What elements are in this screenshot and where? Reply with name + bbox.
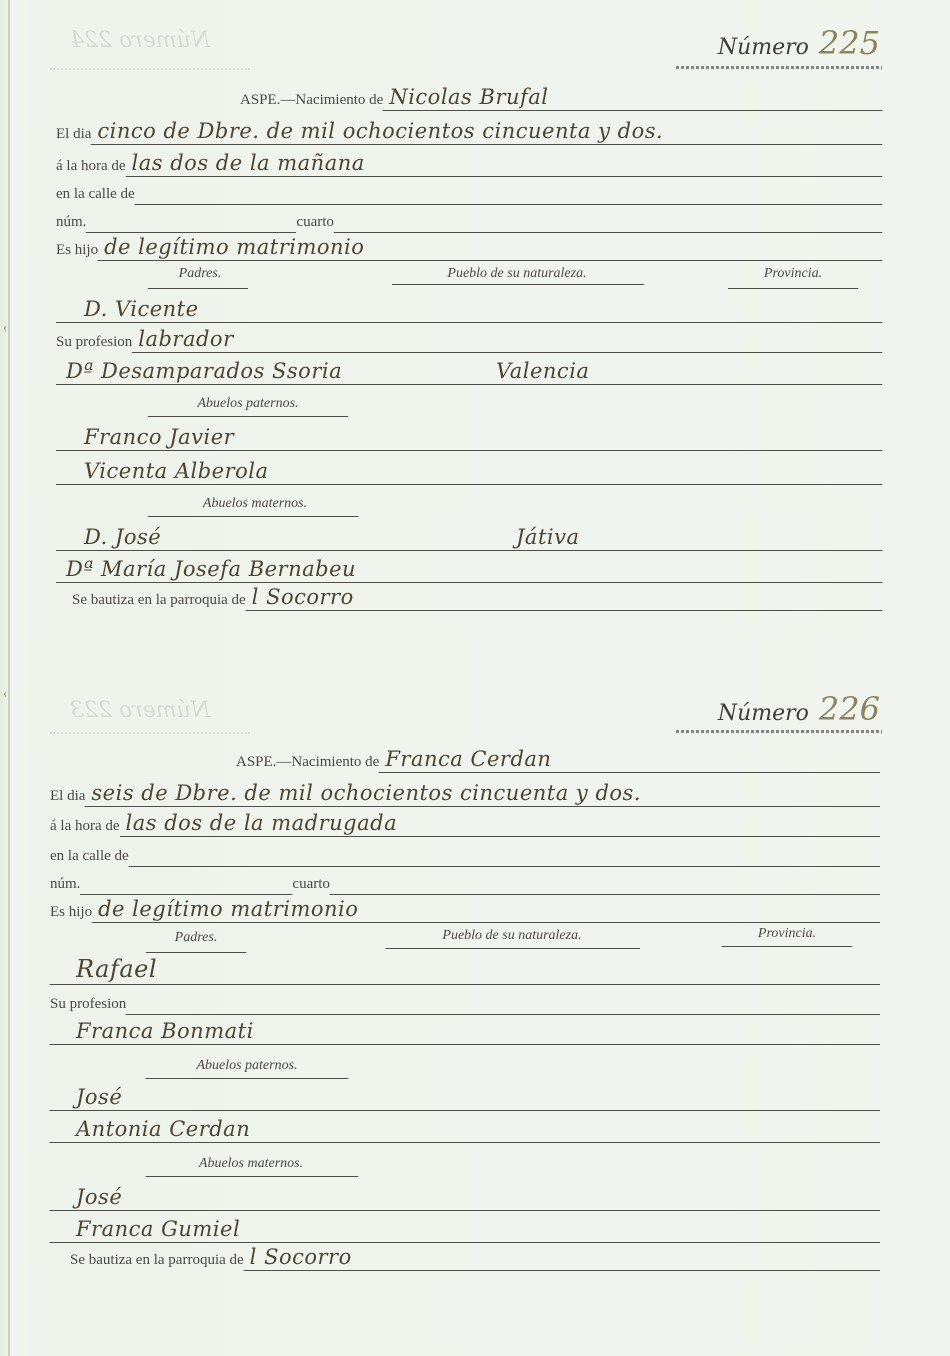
- abuelo-materno-field: D. José Játiva: [56, 524, 882, 551]
- ghost-number-value: 224: [70, 28, 112, 53]
- calle-label: en la calle de: [56, 186, 135, 205]
- hora-field: las dos de la madrugada: [120, 810, 880, 837]
- cuarto-label: cuarto: [296, 214, 333, 233]
- madre-line: Dª Desamparados Ssoria Valencia: [56, 358, 882, 385]
- num-field: [80, 868, 292, 895]
- col-padres-label: Padres.: [146, 930, 246, 946]
- col-provincia-label: Provincia.: [722, 926, 852, 942]
- abuelos-maternos-label: Abuelos maternos.: [146, 1156, 356, 1172]
- hijo-line: Es hijo de legítimo matrimonio: [50, 896, 880, 923]
- page-binding: [8, 0, 10, 1356]
- birth-date: seis de Dbre. de mil ochocientos cincuen…: [91, 781, 641, 805]
- paternal-grandmother: Antonia Cerdan: [76, 1117, 250, 1141]
- dia-label: El dia: [50, 788, 85, 807]
- profesion-field: [126, 988, 880, 1015]
- hijo-field: de legítimo matrimonio: [92, 896, 880, 923]
- abuela-paterna-line: Antonia Cerdan: [50, 1116, 880, 1143]
- calle-field: [135, 178, 882, 205]
- col-rule: [146, 952, 246, 953]
- parish: l Socorro: [252, 585, 354, 609]
- col-rule: [386, 948, 640, 949]
- mother-name: Franca Bonmati: [76, 1019, 254, 1043]
- maternal-grandmother: Franca Gumiel: [76, 1217, 240, 1241]
- child-name: Franca Cerdan: [385, 747, 551, 771]
- col-rule: [722, 946, 852, 947]
- hora-line: á la hora de las dos de la madrugada: [50, 810, 880, 837]
- section-rule: [146, 1078, 348, 1079]
- profesion-label: Su profesion: [56, 334, 132, 353]
- profesion-line: Su profesion labrador: [56, 326, 882, 353]
- calle-label: en la calle de: [50, 848, 129, 867]
- parroquia-label: Se bautiza en la parroquia de: [70, 1252, 244, 1271]
- num-cuarto-line: núm. cuarto: [56, 206, 882, 233]
- ghost-number-value: 223: [70, 698, 112, 723]
- birth-hour: las dos de la madrugada: [126, 811, 398, 835]
- hijo-line: Es hijo de legítimo matrimonio: [56, 234, 882, 261]
- hora-label: á la hora de: [50, 818, 120, 837]
- abuela-paterna-field: Antonia Cerdan: [50, 1116, 880, 1143]
- ghost-number-top: Número 224: [70, 28, 210, 53]
- legitimacy: de legítimo matrimonio: [104, 235, 364, 259]
- birth-hour: las dos de la mañana: [132, 151, 365, 175]
- nacimiento-line: ASPE.—Nacimiento de Franca Cerdan: [236, 746, 880, 773]
- dia-field: cinco de Dbre. de mil ochocientos cincue…: [91, 118, 882, 145]
- nacimiento-line: ASPE.—Nacimiento de Nicolas Brufal: [240, 84, 882, 111]
- abuelo-materno-line: José: [50, 1184, 880, 1211]
- numero-value: 226: [819, 690, 880, 728]
- padre-field: Rafael: [50, 958, 880, 985]
- paternal-grandmother: Vicenta Alberola: [84, 459, 269, 483]
- hora-line: á la hora de las dos de la mañana: [56, 150, 882, 177]
- profesion-field: labrador: [132, 326, 882, 353]
- child-name: Nicolas Brufal: [389, 85, 548, 109]
- numero-label: Número: [718, 701, 809, 726]
- abuela-materna-field: Dª María Josefa Bernabeu: [56, 556, 882, 583]
- calle-line: en la calle de: [50, 840, 880, 867]
- col-rule: [148, 288, 248, 289]
- register-page: ‹ ‹ Número 224 Número 223 Número 225 ASP…: [0, 0, 950, 1356]
- col-pueblo-label: Pueblo de su naturaleza.: [392, 266, 642, 282]
- abuela-materna-field: Franca Gumiel: [50, 1216, 880, 1243]
- abuelos-paternos-label: Abuelos paternos.: [148, 396, 348, 412]
- abuela-materna-line: Dª María Josefa Bernabeu: [56, 556, 882, 583]
- abuelo-materno-line: D. José Játiva: [56, 524, 882, 551]
- hijo-label: Es hijo: [50, 904, 92, 923]
- col-padres-label: Padres.: [150, 266, 250, 282]
- father-name: D. Vicente: [84, 297, 199, 321]
- parroquia-field: l Socorro: [244, 1244, 880, 1271]
- col-pueblo-label: Pueblo de su naturaleza.: [386, 928, 638, 944]
- ghost-number-mid: Número 223: [70, 698, 210, 723]
- record-number: Número 226: [718, 690, 880, 728]
- paternal-grandfather: Franco Javier: [84, 425, 234, 449]
- abuelo-paterno-field: Franco Javier: [56, 424, 882, 451]
- abuelos-paternos-label: Abuelos paternos.: [146, 1058, 348, 1074]
- ghost-rule: [50, 732, 250, 734]
- abuela-paterna-line: Vicenta Alberola: [56, 458, 882, 485]
- abuela-paterna-field: Vicenta Alberola: [56, 458, 882, 485]
- binding-thread-mark: ‹: [3, 688, 9, 698]
- ghost-rule: [50, 68, 250, 70]
- binding-thread-mark: ‹: [3, 322, 9, 332]
- dia-field: seis de Dbre. de mil ochocientos cincuen…: [85, 780, 880, 807]
- hijo-field: de legítimo matrimonio: [98, 234, 882, 261]
- profesion-line: Su profesion: [50, 988, 880, 1015]
- numero-value: 225: [819, 24, 880, 62]
- num-field: [86, 206, 296, 233]
- padre-line: Rafael: [50, 958, 880, 985]
- madre-field: Dª Desamparados Ssoria Valencia: [56, 358, 882, 385]
- ghost-number-label: Número: [119, 698, 210, 723]
- numero-ornament-rule: [676, 730, 882, 733]
- abuelo-paterno-line: José: [50, 1084, 880, 1111]
- num-cuarto-line: núm. cuarto: [50, 868, 880, 895]
- maternal-grandmother: Dª María Josefa Bernabeu: [66, 557, 356, 581]
- birth-date: cinco de Dbre. de mil ochocientos cincue…: [97, 119, 663, 143]
- padre-line: D. Vicente: [56, 296, 882, 323]
- father-name: Rafael: [76, 955, 157, 983]
- section-rule: [148, 416, 348, 417]
- parish: l Socorro: [250, 1245, 352, 1269]
- numero-label: Número: [718, 35, 809, 60]
- parroquia-line: Se bautiza en la parroquia de l Socorro: [72, 584, 882, 611]
- maternal-grandfather: D. José: [84, 525, 161, 549]
- nacimiento-label: ASPE.—Nacimiento de: [236, 754, 379, 773]
- mother-name: Dª Desamparados Ssoria: [66, 359, 342, 383]
- father-profession: labrador: [138, 327, 233, 351]
- abuelo-materno-field: José: [50, 1184, 880, 1211]
- profesion-label: Su profesion: [50, 996, 126, 1015]
- dia-line: El dia cinco de Dbre. de mil ochocientos…: [56, 118, 882, 145]
- madre-field: Franca Bonmati: [50, 1018, 880, 1045]
- section-rule: [148, 516, 358, 517]
- section-rule: [146, 1176, 358, 1177]
- padre-field: D. Vicente: [56, 296, 882, 323]
- parroquia-field: l Socorro: [246, 584, 882, 611]
- col-provincia-label: Provincia.: [728, 266, 858, 282]
- hijo-label: Es hijo: [56, 242, 98, 261]
- calle-field: [129, 840, 880, 867]
- hora-field: las dos de la mañana: [126, 150, 882, 177]
- maternal-grandfather-town: Játiva: [516, 525, 579, 549]
- record-number: Número 225: [718, 24, 880, 62]
- dia-line: El dia seis de Dbre. de mil ochocientos …: [50, 780, 880, 807]
- legitimacy: de legítimo matrimonio: [98, 897, 358, 921]
- abuela-materna-line: Franca Gumiel: [50, 1216, 880, 1243]
- hora-label: á la hora de: [56, 158, 126, 177]
- ghost-number-label: Número: [119, 28, 210, 53]
- cuarto-field: [330, 868, 880, 895]
- dia-label: El dia: [56, 126, 91, 145]
- abuelos-maternos-label: Abuelos maternos.: [150, 496, 360, 512]
- cuarto-label: cuarto: [292, 876, 329, 895]
- nacimiento-field: Franca Cerdan: [379, 746, 880, 773]
- numero-ornament-rule: [676, 66, 882, 69]
- parroquia-line: Se bautiza en la parroquia de l Socorro: [70, 1244, 880, 1271]
- num-label: núm.: [56, 214, 86, 233]
- num-label: núm.: [50, 876, 80, 895]
- maternal-grandfather: José: [76, 1185, 122, 1209]
- cuarto-field: [334, 206, 882, 233]
- col-rule: [392, 284, 644, 285]
- mother-town: Valencia: [496, 359, 589, 383]
- paternal-grandfather: José: [76, 1085, 122, 1109]
- abuelo-paterno-line: Franco Javier: [56, 424, 882, 451]
- madre-line: Franca Bonmati: [50, 1018, 880, 1045]
- col-rule: [728, 288, 858, 289]
- nacimiento-field: Nicolas Brufal: [383, 84, 882, 111]
- parroquia-label: Se bautiza en la parroquia de: [72, 592, 246, 611]
- nacimiento-label: ASPE.—Nacimiento de: [240, 92, 383, 111]
- abuelo-paterno-field: José: [50, 1084, 880, 1111]
- calle-line: en la calle de: [56, 178, 882, 205]
